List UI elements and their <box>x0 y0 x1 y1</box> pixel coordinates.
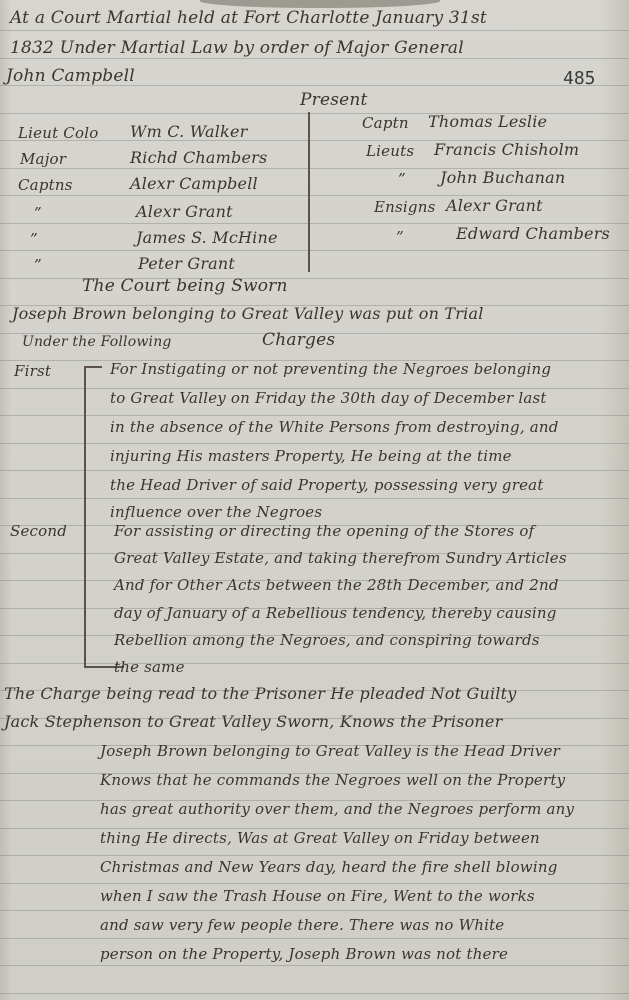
charge-line: And for Other Acts between the 28th Dece… <box>114 576 559 594</box>
manuscript-page: 485 At a Court Martial held at Fort Char… <box>0 0 629 1000</box>
ruled-line <box>0 855 629 856</box>
testimony-line: when I saw the Trash House on Fire, Went… <box>100 887 535 905</box>
ruled-line <box>0 938 629 939</box>
ruled-line <box>0 663 629 664</box>
member-rank: ” <box>398 170 406 188</box>
member-rank: ” <box>34 256 42 274</box>
header-line-2: 1832 Under Martial Law by order of Major… <box>10 38 464 58</box>
charge-line: day of January of a Rebellious tendency,… <box>114 604 557 622</box>
testimony-line: thing He directs, Was at Great Valley on… <box>100 829 540 847</box>
testimony-line: person on the Property, Joseph Brown was… <box>100 945 508 963</box>
testimony-line: and saw very few people there. There was… <box>100 916 504 934</box>
charge-line: For assisting or directing the opening o… <box>114 522 534 540</box>
member-name: Edward Chambers <box>456 224 610 243</box>
testimony-line: has great authority over them, and the N… <box>100 800 574 818</box>
member-name: Wm C. Walker <box>130 122 247 141</box>
ruled-line <box>0 415 629 416</box>
member-name: Alexr Grant <box>446 196 543 215</box>
charge-bracket-top <box>84 366 102 368</box>
plea-line: The Charge being read to the Prisoner He… <box>4 684 516 703</box>
charge-label-first: First <box>14 362 51 380</box>
charge-line: Rebellion among the Negroes, and conspir… <box>114 631 540 649</box>
witness-line: Jack Stephenson to Great Valley Sworn, K… <box>4 712 502 731</box>
charge-bracket <box>84 366 86 666</box>
under-following: Under the Following <box>22 334 172 350</box>
member-name: Peter Grant <box>138 254 235 273</box>
charge-line: Great Valley Estate, and taking therefro… <box>114 549 567 567</box>
ruled-line <box>0 30 629 31</box>
member-rank: Captns <box>18 176 73 194</box>
member-name: Francis Chisholm <box>434 140 579 159</box>
member-name: Thomas Leslie <box>428 112 547 131</box>
charges-heading: Charges <box>262 330 335 350</box>
testimony-line: Joseph Brown belonging to Great Valley i… <box>100 742 560 760</box>
member-rank: ” <box>396 228 404 246</box>
member-rank: Lieuts <box>366 142 414 160</box>
binding-shadow <box>200 0 440 8</box>
charge-line: to Great Valley on Friday the 30th day o… <box>110 389 547 407</box>
ruled-line <box>0 443 629 444</box>
present-heading: Present <box>300 90 368 110</box>
ruled-line <box>0 470 629 471</box>
member-rank: Captn <box>362 114 409 132</box>
member-rank: ” <box>30 230 38 248</box>
member-name: Alexr Grant <box>136 202 233 221</box>
header-line-3: John Campbell <box>6 66 135 86</box>
ruled-line <box>0 883 629 884</box>
ruled-line <box>0 498 629 499</box>
member-name: Alexr Campbell <box>130 174 258 193</box>
ruled-line <box>0 965 629 966</box>
ruled-line <box>0 993 629 994</box>
member-rank: ” <box>34 204 42 222</box>
testimony-line: Knows that he commands the Negroes well … <box>100 771 565 789</box>
charge-line: injuring His masters Property, He being … <box>110 447 512 465</box>
charge-line: the same <box>114 658 185 676</box>
member-name: John Buchanan <box>440 168 565 187</box>
ruled-line <box>0 910 629 911</box>
member-rank: Major <box>20 150 66 168</box>
member-name: James S. McHine <box>136 228 278 247</box>
charge-line: the Head Driver of said Property, posses… <box>110 476 544 494</box>
member-rank: Ensigns <box>374 198 435 216</box>
court-sworn-line: The Court being Sworn <box>82 276 288 296</box>
charge-label-second: Second <box>10 522 67 540</box>
ruled-line <box>0 58 629 59</box>
prisoner-line: Joseph Brown belonging to Great Valley w… <box>12 304 484 323</box>
header-line-1: At a Court Martial held at Fort Charlott… <box>10 8 487 28</box>
column-divider <box>308 112 310 272</box>
member-rank: Lieut Colo <box>18 124 98 142</box>
charge-line: in the absence of the White Persons from… <box>110 418 559 436</box>
ruled-line <box>0 250 629 251</box>
page-number: 485 <box>563 68 596 89</box>
charge-line: influence over the Negroes <box>110 503 322 521</box>
testimony-line: Christmas and New Years day, heard the f… <box>100 858 558 876</box>
charge-line: For Instigating or not preventing the Ne… <box>110 360 551 378</box>
member-name: Richd Chambers <box>130 148 267 167</box>
